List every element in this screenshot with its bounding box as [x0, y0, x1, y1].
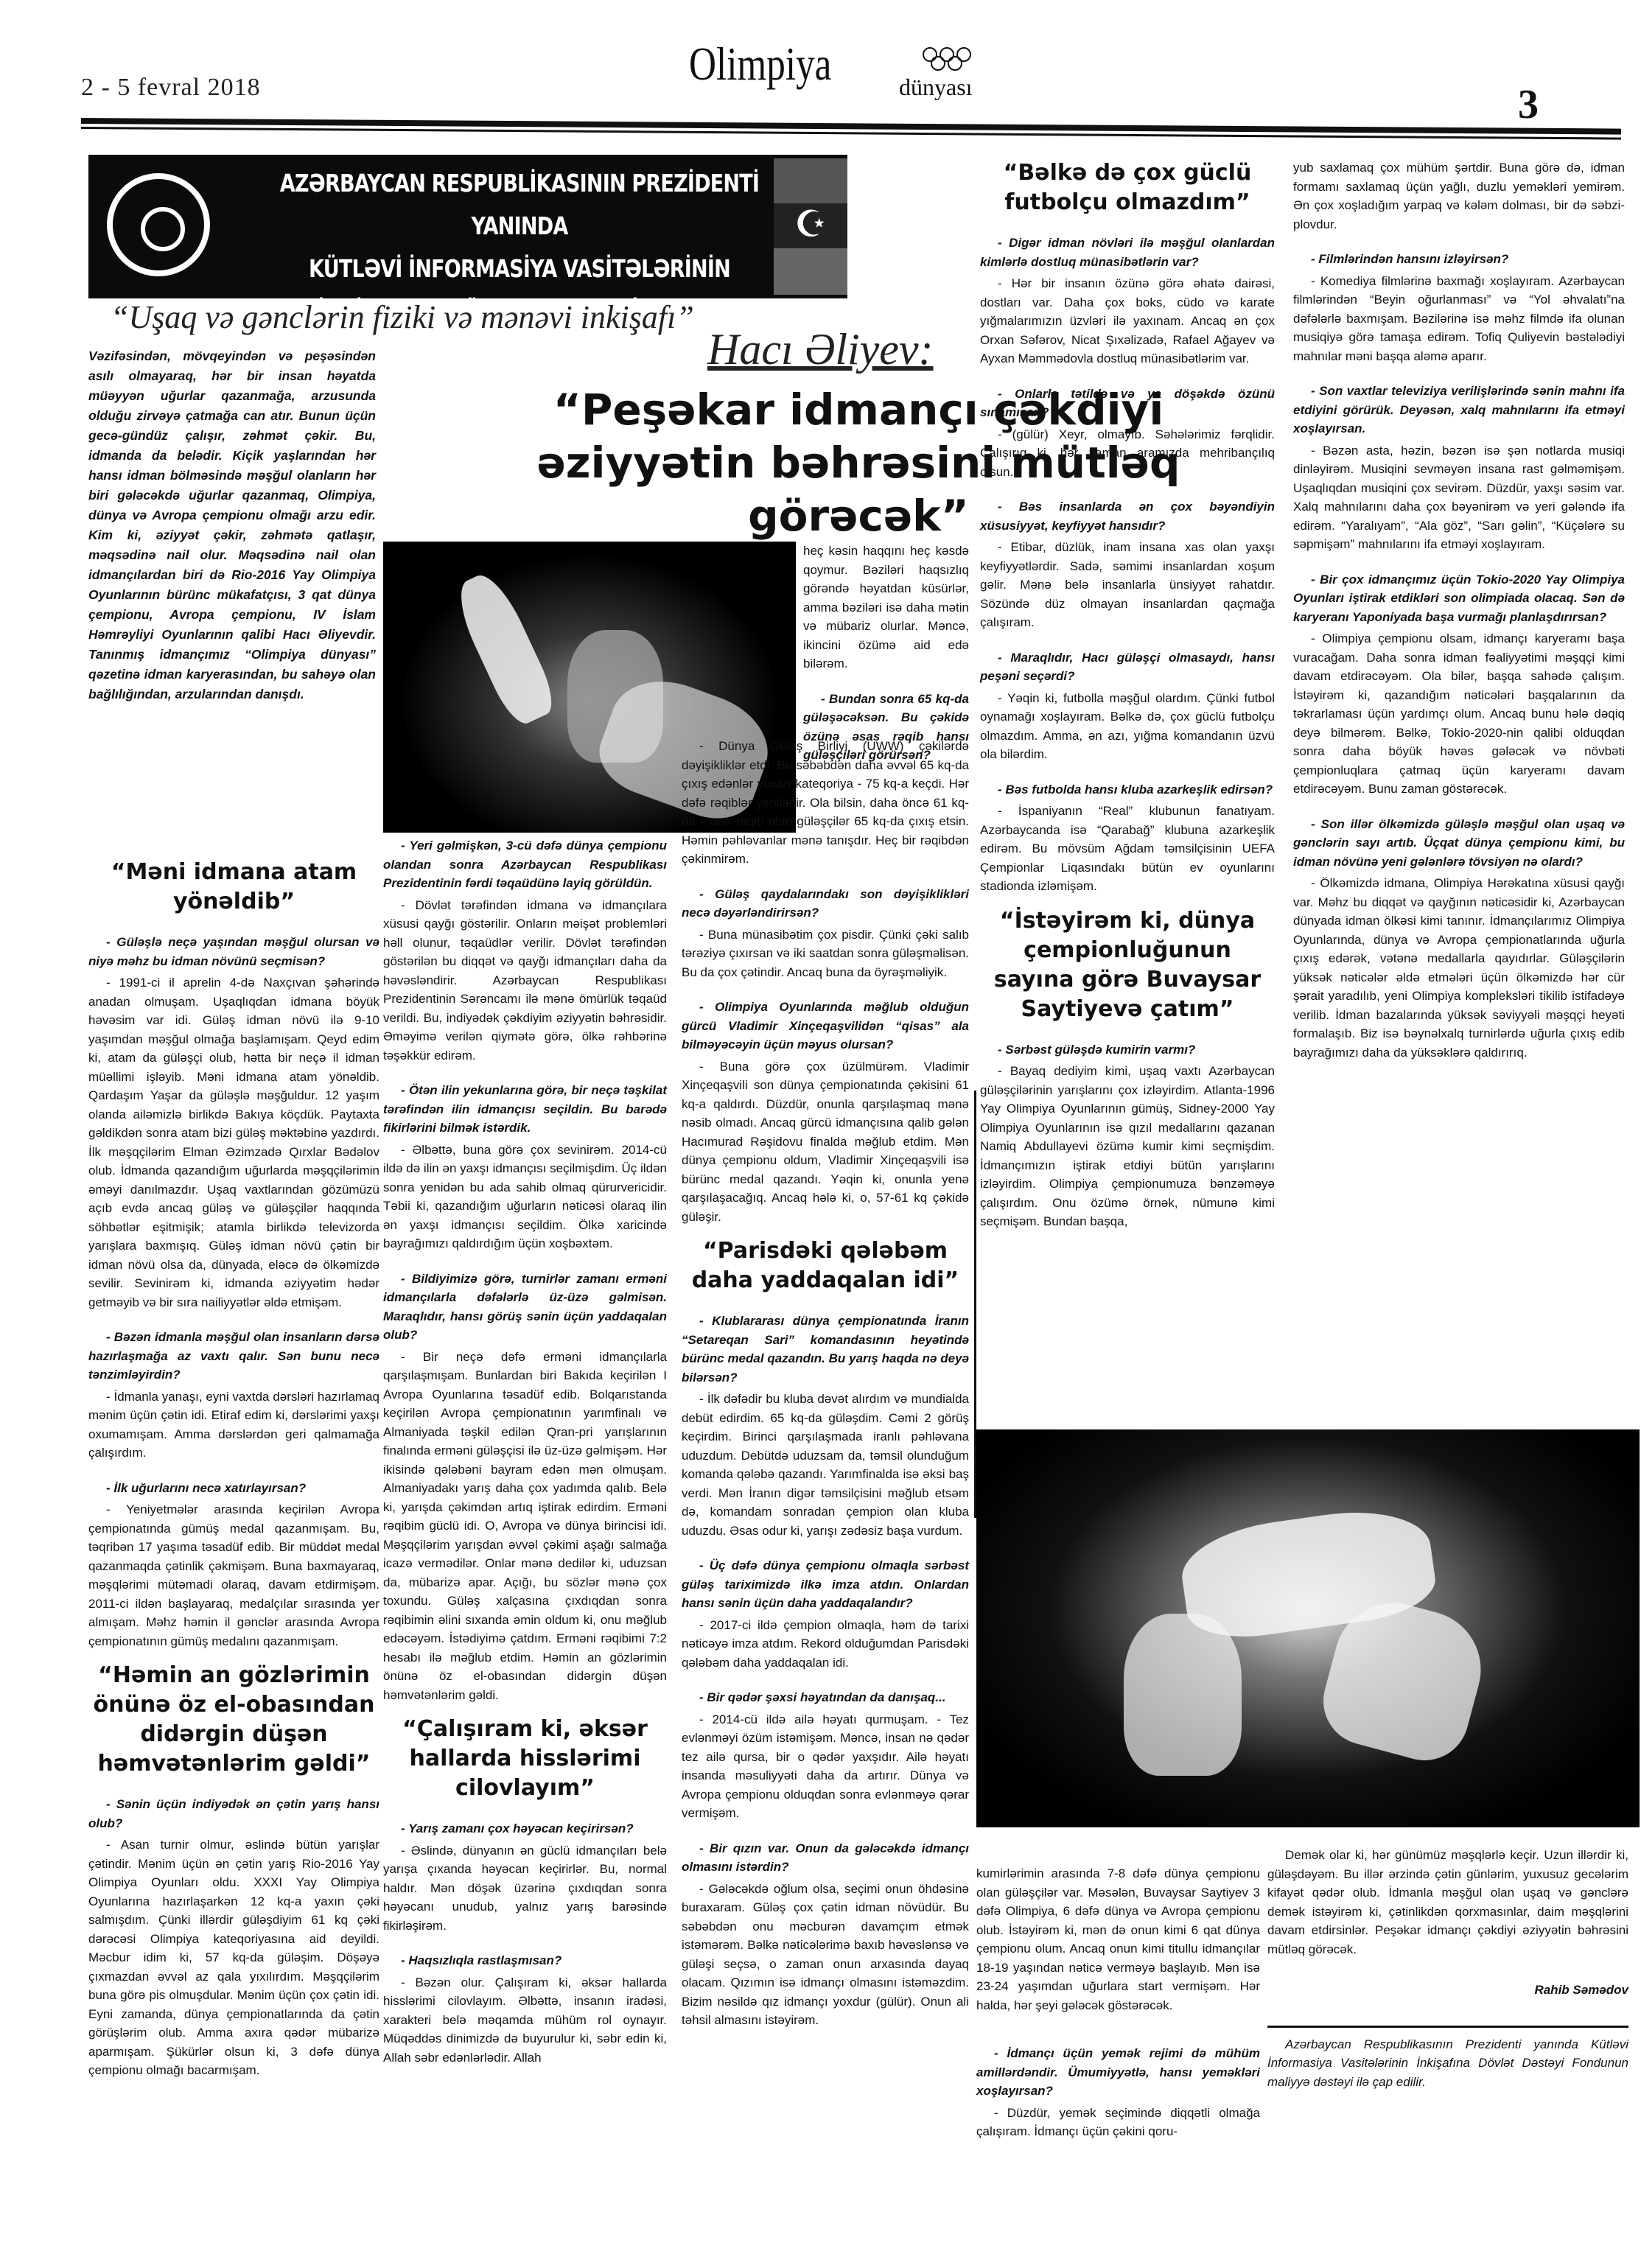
answer: - Buna görə çox üzülmürəm. Vladimir Xinç…	[682, 1057, 969, 1227]
interviewee-name: Hacı Əliyev:	[707, 324, 934, 375]
newspaper-logo: Olimpiya	[689, 37, 831, 91]
banner-tagline: “Uşaq və gənclərin fiziki və mənəvi inki…	[111, 298, 694, 336]
question: - Sənin üçün indiyədək ən çətin yarış ha…	[88, 1795, 379, 1833]
answer: - 1991-ci il aprelin 4-də Naxçıvan şəhər…	[88, 973, 379, 1312]
answer: - Bəzən olur. Çalışıram ki, əksər hallar…	[383, 1973, 667, 2068]
issue-date: 2 - 5 fevral 2018	[81, 74, 261, 102]
question: - Bəs futbolda hansı kluba azarkeşlik ed…	[980, 780, 1275, 799]
question: - Bir qızın var. Onun da gələcəkdə idman…	[682, 1839, 969, 1877]
azerbaijan-flag-icon	[774, 158, 847, 295]
answer: - Etibar, düzlük, inam insana xas olan y…	[980, 538, 1275, 632]
answer: - Buna münasibətim çox pisdir. Çünki çək…	[682, 925, 969, 982]
state-emblem-icon	[107, 173, 210, 276]
question: - Yarış zamanı çox həyəcan keçirirsən?	[383, 1819, 667, 1838]
answer: - İlk dəfədir bu kluba dəvət alırdım və …	[682, 1390, 969, 1540]
answer: - Bəzən asta, həzin, bəzən isə şən notla…	[1293, 441, 1625, 554]
subheading: “Bəlkə də çox güclü futbolçu olmazdım”	[980, 158, 1275, 217]
answer: - Asan turnir olmur, əslində bütün yarış…	[88, 1835, 379, 2080]
question: - Bildiyimizə görə, turnirlər zamanı erm…	[383, 1270, 667, 1345]
answer: - 2017-ci ildə çempion olmaqla, həm də t…	[682, 1616, 969, 1673]
question: - İdmançı üçün yemək rejimi də mühüm ami…	[976, 2044, 1260, 2101]
answer: - 2014-cü ildə ailə həyatı qurmuşam. - T…	[682, 1710, 969, 1823]
column-2: - Yeri gəlmişkən, 3-cü dəfə dünya çempio…	[383, 836, 667, 2067]
answer: - Gələcəkdə oğlum olsa, seçimi onun öhdə…	[682, 1880, 969, 2030]
answer: - Ölkəmizdə idmana, Olimpiya Hərəkatına …	[1293, 874, 1625, 1062]
answer: Demək olar ki, hər günümüz məşqlərlə keç…	[1267, 1846, 1628, 1959]
column-1: “Məni idmana atam yönəldib” - Güləşlə ne…	[88, 847, 379, 2080]
question: - Ötən ilin yekunlarına görə, bir neçə t…	[383, 1081, 667, 1138]
question: - Filmlərindən hansını izləyirsən?	[1293, 250, 1625, 269]
page-number: 3	[1518, 81, 1539, 128]
question: - Son vaxtlar televiziya verilişlərində …	[1293, 382, 1625, 438]
olympic-rings-icon	[921, 46, 973, 75]
banner-line: AZƏRBAYCAN RESPUBLİKASININ PREZİDENTİ YA…	[269, 162, 771, 248]
answer: - İdmanla yanaşı, eyni vaxtda dərsləri h…	[88, 1387, 379, 1463]
byline: Rahib Səmədov	[1267, 1981, 1628, 2000]
answer: - Yəqin ki, futbolla məşğul olardım. Çün…	[980, 689, 1275, 764]
funding-note: Azərbaycan Respublikasının Prezidenti ya…	[1267, 2035, 1628, 2092]
banner-line: KÜTLƏVİ İNFORMASİYA VASİTƏLƏRİNİN	[269, 248, 771, 290]
newspaper-logo-subtitle: dünyası	[899, 74, 973, 101]
question: - Maraqlıdır, Hacı güləşçi olmasaydı, ha…	[980, 648, 1275, 686]
question: - Güləş qaydalarındakı son dəyişikliklər…	[682, 885, 969, 923]
column-4: “Bəlkə də çox güclü futbolçu olmazdım” -…	[980, 158, 1275, 1231]
question: - Olimpiya Oyunlarında məğlub olduğun gü…	[682, 998, 969, 1054]
fund-banner: AZƏRBAYCAN RESPUBLİKASININ PREZİDENTİ YA…	[88, 155, 847, 298]
answer: - Düzdür, yemək seçimində diqqətli olmağ…	[976, 2104, 1260, 2141]
question: - Bəzən idmanla məşğul olan insanların d…	[88, 1328, 379, 1385]
answer: - Yeniyetmələr arasında keçirilən Avropa…	[88, 1500, 379, 1651]
column-3: - Dünya Güləş Birliyi (UWW) çəkilərdə də…	[682, 737, 969, 2030]
answer: - Komediya filmlərinə baxmağı xoşlayıram…	[1293, 272, 1625, 366]
column-divider	[974, 1091, 976, 1518]
question: - Digər idman növləri ilə məşğul olanlar…	[980, 234, 1275, 271]
answer: - İspaniyanın “Real” klubunun fanatıyam.…	[980, 802, 1275, 896]
question: - Sərbəst güləşdə kumirin varmı?	[980, 1040, 1275, 1060]
answer: - Əlbəttə, buna görə çox sevinirəm. 2014…	[383, 1141, 667, 1253]
question: - Güləşlə neçə yaşından məşğul olursan v…	[88, 933, 379, 970]
answer: - Olimpiya çempionu olsam, idmançı karye…	[1293, 629, 1625, 799]
question: - Bir çox idmançımız üçün Tokio-2020 Yay…	[1293, 570, 1625, 627]
question: - Bir qədər şəxsi həyatından da danışaq.…	[682, 1688, 969, 1707]
article-intro: Vəzifəsindən, mövqeyindən və peşəsindən …	[88, 346, 376, 704]
subheading: “Həmin an gözlərimin önünə öz el-obasınd…	[88, 1661, 379, 1779]
answer: - (gülür) Xeyr, olmayıb. Səhələrimiz fər…	[980, 425, 1275, 482]
column-4-bottom: kumirlərimin arasında 7-8 dəfə dünya çem…	[976, 1864, 1260, 2141]
answer: heç kəsin haqqını heç kəsdə qoymur. Bəzi…	[803, 542, 969, 673]
answer: - Dünya Güləş Birliyi (UWW) çəkilərdə də…	[682, 737, 969, 869]
column-5-bottom: Demək olar ki, hər günümüz məşqlərlə keç…	[1267, 1846, 1628, 2091]
question: - Onlarla tətildə və ya döşəkdə özünü sı…	[980, 385, 1275, 422]
answer: - Əslində, dünyanın ən güclü idmançıları…	[383, 1841, 667, 1936]
question: - Üç dəfə dünya çempionu olmaqla sərbəst…	[682, 1556, 969, 1613]
subheading: “Çalışıram ki, əksər hallarda hisslərimi…	[383, 1715, 667, 1803]
question: - Bəs insanlarda ən çox bəyəndiyin xüsus…	[980, 497, 1275, 535]
column-5: yub saxlamaq çox mühüm şərtdir. Buna gör…	[1293, 158, 1625, 1062]
answer: - Bir neçə dəfə erməni idmançılarla qarş…	[383, 1348, 667, 1705]
question: - Haqsızlıqla rastlaşmısan?	[383, 1951, 667, 1970]
footer-rule	[1267, 2026, 1628, 2028]
question: - İlk uğurlarını necə xatırlayırsan?	[88, 1479, 379, 1498]
answer: - Dövlət tərəfindən idmana və idmançılar…	[383, 896, 667, 1065]
subheading: “Məni idmana atam yönəldib”	[88, 858, 379, 917]
subheading: “Parisdəki qələbəm daha yaddaqalan idi”	[682, 1236, 969, 1295]
answer: yub saxlamaq çox mühüm şərtdir. Buna gör…	[1293, 158, 1625, 234]
question: - Son illər ölkəmizdə güləşlə məşğul ola…	[1293, 815, 1625, 872]
question: - Yeri gəlmişkən, 3-cü dəfə dünya çempio…	[383, 836, 667, 893]
subheading: “İstəyirəm ki, dünya çempionluğunun sayı…	[980, 906, 1275, 1024]
wrestling-match-photo	[976, 1429, 1640, 1827]
answer: kumirlərimin arasında 7-8 dəfə dünya çem…	[976, 1864, 1260, 2015]
question: - Klublararası dünya çempionatında İranı…	[682, 1312, 969, 1387]
answer: - Hər bir insanın özünə görə əhatə dairə…	[980, 274, 1275, 368]
answer: - Bayaq dediyim kimi, uşaq vaxtı Azərbay…	[980, 1062, 1275, 1231]
column-3-top: heç kəsin haqqını heç kəsdə qoymur. Bəzi…	[803, 542, 969, 768]
